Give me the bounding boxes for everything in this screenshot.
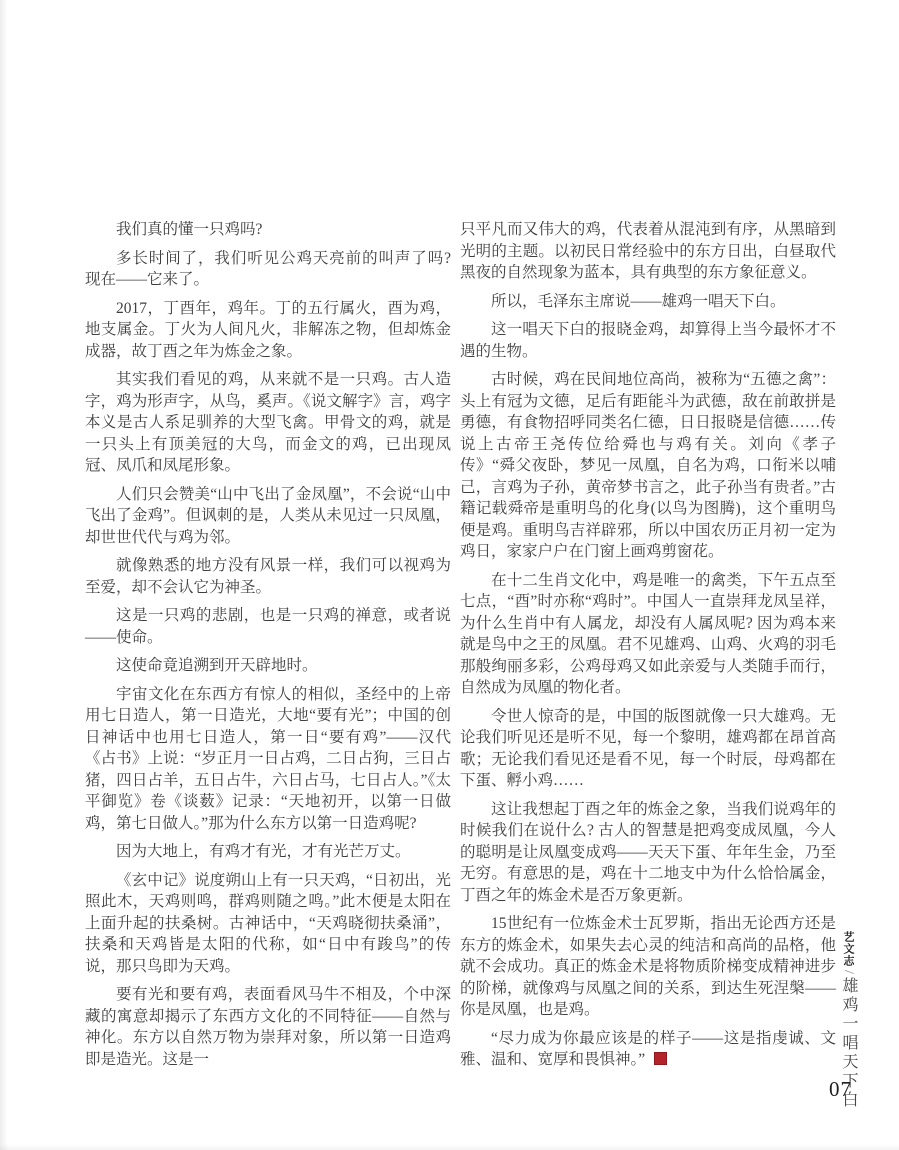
- paragraph: 宇宙文化在东西方有惊人的相似，圣经中的上帝用七日造人，第一日造光，大地“要有光”…: [85, 684, 451, 835]
- paragraph: 这让我想起丁酉之年的炼金之象，当我们说鸡年的时候我们在说什么? 古人的智慧是把鸡…: [460, 799, 836, 907]
- paragraph: 这一唱天下白的报晓金鸡，却算得上当今最怀才不遇的生物。: [460, 319, 836, 362]
- page-number: 07: [829, 1077, 852, 1102]
- paragraph: 2017，丁酉年，鸡年。丁的五行属火，酉为鸡，地支属金。丁火为人间凡火，非解冻之…: [85, 298, 451, 363]
- paragraph: 我们真的懂一只鸡吗?: [85, 219, 451, 241]
- paragraph: 这使命竟追溯到开天辟地时。: [85, 655, 451, 677]
- magazine-page: 我们真的懂一只鸡吗? 多长时间了，我们听见公鸡天亮前的叫声了吗? 现在——它来了…: [0, 0, 899, 1150]
- closing-quote-paragraph: “尽力成为你最应该是的样子——这是指虔诚、文雅、温和、宽厚和畏惧神。”: [460, 1028, 836, 1071]
- paragraph: 所以，毛泽东主席说——雄鸡一唱天下白。: [460, 291, 836, 313]
- paragraph: 就像熟悉的地方没有风景一样，我们可以视鸡为至爱，却不会认它为神圣。: [85, 555, 451, 598]
- closing-quote-text: “尽力成为你最应该是的样子——这是指虔诚、文雅、温和、宽厚和畏惧神。”: [460, 1030, 836, 1069]
- section-label: 艺文志: [842, 931, 854, 967]
- right-column: 只平凡而又伟大的鸡，代表着从混沌到有序，从黑暗到光明的主题。以初民日常经验中的东…: [460, 219, 836, 1078]
- paragraph: 《玄中记》说度朔山上有一只天鸡，“日初出，光照此木，天鸡则鸣，群鸡则随之鸣。”此…: [85, 870, 451, 978]
- paragraph: 这是一只鸡的悲剧，也是一只鸡的禅意，或者说——使命。: [85, 605, 451, 648]
- paragraph-continuation: 只平凡而又伟大的鸡，代表着从混沌到有序，从黑暗到光明的主题。以初民日常经验中的东…: [460, 219, 836, 284]
- paragraph: 因为大地上，有鸡才有光，才有光芒万丈。: [85, 841, 451, 863]
- paragraph: 令世人惊奇的是，中国的版图就像一只大雄鸡。无论我们听见还是听不见，每一个黎明，雄…: [460, 706, 836, 792]
- paragraph: 要有光和要有鸡，表面看风马牛不相及，个中深藏的寓意却揭示了东西方文化的不同特征—…: [85, 984, 451, 1070]
- paragraph: 其实我们看见的鸡，从来就不是一只鸡。古人造字，鸡为形声字，从鸟，奚声。《说文解字…: [85, 369, 451, 477]
- article-body: 我们真的懂一只鸡吗? 多长时间了，我们听见公鸡天亮前的叫声了吗? 现在——它来了…: [85, 219, 836, 1078]
- paragraph: 古时候，鸡在民间地位高尚，被称为“五德之禽”：头上有冠为文德，足后有距能斗为武德…: [460, 369, 836, 563]
- paragraph: 多长时间了，我们听见公鸡天亮前的叫声了吗? 现在——它来了。: [85, 248, 451, 291]
- right-column-paragraphs: 所以，毛泽东主席说——雄鸡一唱天下白。 这一唱天下白的报晓金鸡，却算得上当今最怀…: [460, 291, 836, 1021]
- paragraph: 15世纪有一位炼金术士瓦罗斯，指出无论西方还是东方的炼金术，如果失去心灵的纯洁和…: [460, 913, 836, 1021]
- paragraph: 在十二生肖文化中，鸡是唯一的禽类，下午五点至七点，“酉”时亦称“鸡时”。中国人一…: [460, 570, 836, 699]
- end-of-article-marker: [654, 1052, 667, 1065]
- left-column: 我们真的懂一只鸡吗? 多长时间了，我们听见公鸡天亮前的叫声了吗? 现在——它来了…: [85, 219, 451, 1078]
- section-separator-slash: /: [841, 970, 856, 974]
- paragraph: 人们只会赞美“山中飞出了金凤凰”，不会说“山中飞出了金鸡”。但讽刺的是，人类从未…: [85, 484, 451, 549]
